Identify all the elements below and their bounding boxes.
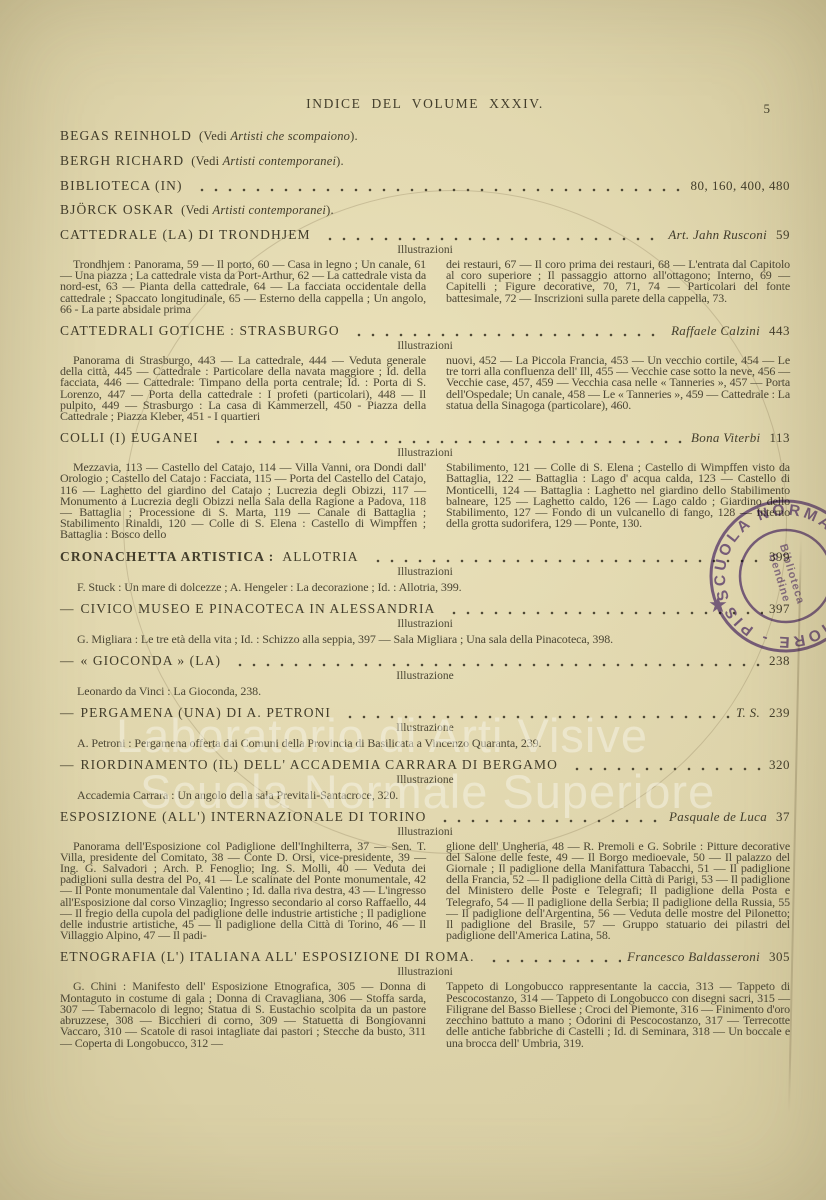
author-name: Francesco Baldasseroni (627, 948, 760, 965)
entry-title: BJÖRCK OSKAR (60, 201, 174, 218)
illustrations-label: Illustrazione (60, 722, 790, 735)
illustrations-label: Illustrazioni (60, 966, 790, 979)
index-entry: CATTEDRALI GOTICHE : STRASBURGORaffaele … (60, 322, 790, 422)
leader-dots (485, 950, 622, 963)
page-ref: 397 (769, 600, 790, 617)
entry-heading-row: CATTEDRALI GOTICHE : STRASBURGORaffaele … (60, 322, 790, 339)
index-entry: ESPOSIZIONE (ALL') INTERNAZIONALE DI TOR… (60, 808, 790, 942)
illustrations-label: Illustrazione (60, 774, 790, 787)
illustration-column-right: dei restauri, 67 — Il coro prima dei res… (446, 259, 790, 315)
entry-heading-row: CRONACHETTA ARTISTICA :ALLOTRIA399 (60, 548, 790, 565)
entry-dash: — (60, 756, 74, 773)
entry-heading-row: BJÖRCK OSKAR(Vedi Artisti contemporanei)… (60, 201, 790, 219)
index-entry: CRONACHETTA ARTISTICA :ALLOTRIA399Illust… (60, 548, 790, 593)
page-ref: 238 (769, 652, 790, 669)
vedi-prefix: (Vedi (181, 203, 212, 217)
entry-title: ALLOTRIA (282, 548, 358, 565)
illustrations-label: Illustrazioni (60, 566, 790, 579)
vedi-note: (Vedi Artisti che scompaiono). (199, 128, 358, 145)
illustrations-label: Illustrazione (60, 670, 790, 683)
author-name: Bona Viterbi (691, 429, 760, 446)
entry-title: CIVICO MUSEO E PINACOTECA IN ALESSANDRIA (81, 600, 436, 617)
illustration-column-right: glione dell' Ungheria, 48 — R. Premoli e… (446, 841, 790, 942)
illustration-columns: Panorama dell'Esposizione col Padiglione… (60, 841, 790, 942)
entry-heading-row: COLLI (I) EUGANEIBona Viterbi113 (60, 429, 790, 446)
page-title: INDICE DEL VOLUME XXXIV. (60, 96, 790, 112)
page-ref: 305 (769, 948, 790, 965)
entry-heading-row: BEGAS REINHOLD(Vedi Artisti che scompaio… (60, 127, 790, 145)
page-ref: 399 (769, 548, 790, 565)
index-entry: —CIVICO MUSEO E PINACOTECA IN ALESSANDRI… (60, 600, 790, 645)
vedi-reference: Artisti contemporanei (223, 154, 337, 168)
entry-title: « GIOCONDA » (LA) (81, 652, 222, 669)
illustrations-label: Illustrazioni (60, 447, 790, 460)
page-ref: 37 (776, 808, 790, 825)
index-entry: —PERGAMENA (UNA) DI A. PETRONIT. S.239Il… (60, 704, 790, 749)
illustration-column-left: Trondhjem : Panorama, 59 — Il porto, 60 … (60, 259, 426, 315)
index-entry: BJÖRCK OSKAR(Vedi Artisti contemporanei)… (60, 201, 790, 219)
entry-title: BEGAS REINHOLD (60, 127, 192, 144)
entry-title: PERGAMENA (UNA) DI A. PETRONI (81, 704, 332, 721)
index-entry: BEGAS REINHOLD(Vedi Artisti che scompaio… (60, 127, 790, 145)
illustration-columns: Mezzavia, 113 — Castello del Catajo, 114… (60, 462, 790, 540)
illustration-columns: Panorama di Strasburgo, 443 — La cattedr… (60, 355, 790, 422)
illustration-line: A. Petroni : Pergamena offerta dai Comun… (77, 737, 790, 749)
index-entry: COLLI (I) EUGANEIBona Viterbi113Illustra… (60, 429, 790, 540)
entries: BEGAS REINHOLD(Vedi Artisti che scompaio… (60, 127, 790, 1049)
illustration-line: Leonardo da Vinci : La Gioconda, 238. (77, 685, 790, 697)
author-name: Pasquale de Luca (669, 808, 767, 825)
entry-title: BIBLIOTECA (IN) (60, 177, 183, 194)
page-ref: 239 (769, 704, 790, 721)
entry-title-bold: CRONACHETTA ARTISTICA : (60, 548, 274, 565)
scanned-index-page: { "header": { "title": "INDICE DEL VOLUM… (0, 0, 826, 1200)
page-sheet: INDICE DEL VOLUME XXXIV. BEGAS REINHOLD(… (0, 0, 826, 1200)
illustration-line: G. Migliara : Le tre età della vita ; Id… (77, 633, 790, 645)
illustrations-label: Illustrazioni (60, 244, 790, 257)
illustrations-label: Illustrazioni (60, 826, 790, 839)
entry-heading-row: —« GIOCONDA » (LA)238 (60, 652, 790, 669)
illustration-column-left: G. Chini : Manifesto dell' Esposizione E… (60, 981, 426, 1048)
leader-dots (341, 706, 730, 719)
vedi-note: (Vedi Artisti contemporanei). (191, 153, 344, 170)
leader-dots (369, 550, 763, 563)
vedi-reference: Artisti che scompaiono (230, 129, 350, 143)
page-ref: 59 (776, 226, 790, 243)
author-name: Raffaele Calzini (671, 322, 760, 339)
illustration-line: F. Stuck : Un mare di dolcezze ; A. Heng… (77, 581, 790, 593)
illustration-line: Accademia Carrara : Un angolo della sala… (77, 789, 790, 801)
entry-title: CATTEDRALE (LA) DI TRONDHJEM (60, 226, 311, 243)
illustrations-label: Illustrazioni (60, 618, 790, 631)
illustration-columns: Trondhjem : Panorama, 59 — Il porto, 60 … (60, 259, 790, 315)
entry-title: RIORDINAMENTO (IL) DELL' ACCADEMIA CARRA… (81, 756, 559, 773)
entry-title: ETNOGRAFIA (L') ITALIANA ALL' ESPOSIZION… (60, 948, 475, 965)
author-name: Art. Jahn Rusconi (668, 226, 767, 243)
illustration-column-left: Panorama dell'Esposizione col Padiglione… (60, 841, 426, 942)
vedi-reference: Artisti contemporanei (213, 203, 327, 217)
page-number: 5 (764, 101, 771, 117)
vedi-suffix: ). (336, 154, 344, 168)
entry-title: CATTEDRALI GOTICHE : STRASBURGO (60, 322, 340, 339)
entry-heading-row: —PERGAMENA (UNA) DI A. PETRONIT. S.239 (60, 704, 790, 721)
entry-heading-row: ESPOSIZIONE (ALL') INTERNAZIONALE DI TOR… (60, 808, 790, 825)
entry-heading-row: BIBLIOTECA (IN)80, 160, 400, 480 (60, 177, 790, 194)
illustration-column-right: nuovi, 452 — La Piccola Francia, 453 — U… (446, 355, 790, 422)
entry-heading-row: CATTEDRALE (LA) DI TRONDHJEMArt. Jahn Ru… (60, 226, 790, 243)
entry-heading-row: BERGH RICHARD(Vedi Artisti contemporanei… (60, 152, 790, 170)
index-entry: BERGH RICHARD(Vedi Artisti contemporanei… (60, 152, 790, 170)
vedi-note: (Vedi Artisti contemporanei). (181, 202, 334, 219)
entry-dash: — (60, 600, 74, 617)
entry-title: BERGH RICHARD (60, 152, 184, 169)
entry-dash: — (60, 704, 74, 721)
page-ref: 80, 160, 400, 480 (691, 177, 791, 194)
illustrations-label: Illustrazioni (60, 340, 790, 353)
page-ref: 320 (769, 756, 790, 773)
illustration-column-left: Panorama di Strasburgo, 443 — La cattedr… (60, 355, 426, 422)
vedi-prefix: (Vedi (191, 154, 222, 168)
leader-dots (231, 654, 763, 667)
page-ref: 443 (769, 322, 790, 339)
leader-dots (350, 324, 665, 337)
leader-dots (568, 758, 763, 771)
page-ref: 113 (769, 429, 790, 446)
entry-heading-row: —RIORDINAMENTO (IL) DELL' ACCADEMIA CARR… (60, 756, 790, 773)
leader-dots (321, 228, 663, 241)
entry-heading-row: —CIVICO MUSEO E PINACOTECA IN ALESSANDRI… (60, 600, 790, 617)
leader-dots (209, 431, 685, 444)
leader-dots (436, 810, 663, 823)
entry-heading-row: ETNOGRAFIA (L') ITALIANA ALL' ESPOSIZION… (60, 948, 790, 965)
illustration-column-left: Mezzavia, 113 — Castello del Catajo, 114… (60, 462, 426, 540)
illustration-column-right: Tappeto di Longobucco rappresentante la … (446, 981, 790, 1048)
vedi-suffix: ). (326, 203, 334, 217)
index-entry: CATTEDRALE (LA) DI TRONDHJEMArt. Jahn Ru… (60, 226, 790, 315)
index-entry: —« GIOCONDA » (LA)238IllustrazioneLeonar… (60, 652, 790, 697)
index-entry: BIBLIOTECA (IN)80, 160, 400, 480 (60, 177, 790, 194)
entry-dash: — (60, 652, 74, 669)
vedi-suffix: ). (350, 129, 358, 143)
entry-title: COLLI (I) EUGANEI (60, 429, 199, 446)
illustration-columns: G. Chini : Manifesto dell' Esposizione E… (60, 981, 790, 1048)
leader-dots (445, 602, 763, 615)
index-entry: ETNOGRAFIA (L') ITALIANA ALL' ESPOSIZION… (60, 948, 790, 1048)
entry-title: ESPOSIZIONE (ALL') INTERNAZIONALE DI TOR… (60, 808, 426, 825)
index-entry: —RIORDINAMENTO (IL) DELL' ACCADEMIA CARR… (60, 756, 790, 801)
vedi-prefix: (Vedi (199, 129, 230, 143)
illustration-column-right: Stabilimento, 121 — Colle di S. Elena ; … (446, 462, 790, 540)
author-name: T. S. (736, 704, 760, 721)
leader-dots (193, 179, 685, 192)
